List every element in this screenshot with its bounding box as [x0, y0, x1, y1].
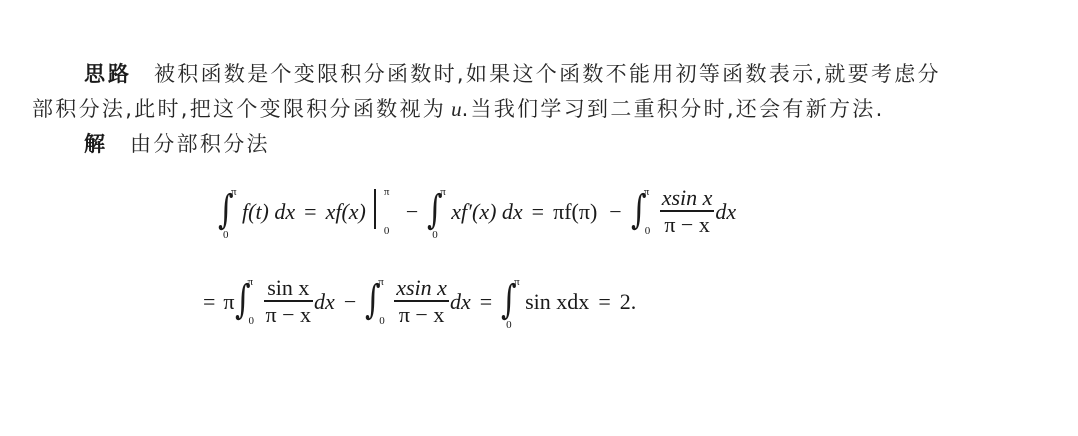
idea-line-1: 思路被积函数是个变限积分函数时,如果这个函数不能用初等函数表示,就要考虑分 [84, 62, 941, 86]
boundary-term: xf(x) [326, 199, 366, 225]
evaluation-bar: π 0 [374, 187, 400, 237]
fraction: sin x π − x [264, 276, 314, 328]
equation-1: ∫ π 0 f(t) dx = xf(x) π 0 − ∫ π 0 xf′(x)… [218, 182, 736, 242]
integrand: sin xdx [525, 289, 589, 315]
integrand: f(t) dx [242, 199, 295, 225]
integral-sign: ∫ π 0 [365, 277, 387, 327]
integral-sign: ∫ π 0 [235, 277, 257, 327]
solution-label: 解 [84, 132, 108, 156]
idea-text-1: 被积函数是个变限积分函数时,如果这个函数不能用初等函数表示,就要考虑分 [154, 62, 941, 86]
idea-label: 思路 [84, 62, 132, 86]
equation-2: = π ∫ π 0 sin x π − x dx − ∫ π 0 xsin x … [203, 272, 636, 332]
pi-f-pi: πf(π) [553, 199, 597, 225]
solution-line: 解由分部积分法 [84, 132, 270, 156]
integral-sign: ∫ π 0 [501, 277, 523, 327]
idea-line-2: 部积分法,此时,把这个变限积分函数视为u.当我们学习到二重积分时,还会有新方法. [32, 97, 885, 121]
idea-text-2b: .当我们学习到二重积分时,还会有新方法. [462, 97, 885, 121]
integral-sign: ∫ π 0 [631, 187, 653, 237]
integrand: xf′(x) dx [451, 199, 522, 225]
idea-text-2a: 部积分法,此时,把这个变限积分函数视为 [32, 97, 446, 121]
integral-sign: ∫ π 0 [427, 187, 449, 237]
result: 2. [620, 289, 637, 315]
fraction: xsin x π − x [660, 186, 715, 238]
variable-u: u [451, 97, 462, 121]
fraction: xsin x π − x [394, 276, 449, 328]
integral-sign: ∫ π 0 [218, 187, 240, 237]
solution-text: 由分部积分法 [130, 132, 270, 156]
